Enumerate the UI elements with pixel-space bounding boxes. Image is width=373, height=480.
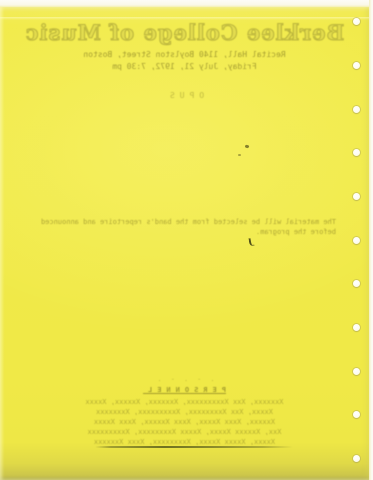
ink-speck bbox=[238, 154, 241, 156]
note-line-1: The material will be selected from the b… bbox=[28, 217, 336, 227]
handwritten-ink-mark bbox=[248, 238, 254, 247]
program-note: The material will be selected from the b… bbox=[28, 217, 336, 237]
personnel-lines: Xxxxxxx, Xxx Xxxxxxxxxx, Xxxxxxx, Xxxxxx… bbox=[0, 397, 369, 447]
bleed-through-layer: Berklee College of Music Recital Hall, 1… bbox=[0, 7, 369, 480]
punch-hole bbox=[353, 106, 360, 113]
punch-hole bbox=[353, 324, 360, 331]
personnel-line: Xxxxx, Xxx Xxxxxxxxx, Xxxxxxxxxx, Xxxxxx… bbox=[0, 407, 369, 417]
punch-hole bbox=[353, 411, 360, 418]
punch-hole bbox=[353, 368, 360, 375]
address-line: Recital Hall, 1140 Boylston Street, Bost… bbox=[0, 50, 369, 59]
scan-top-margin bbox=[0, 0, 373, 7]
separator-dots: . - . - . bbox=[0, 376, 369, 384]
program-word: OPUS bbox=[0, 91, 369, 100]
punch-hole bbox=[353, 149, 360, 156]
personnel-heading: PERSONNEL bbox=[0, 384, 369, 397]
punch-hole bbox=[353, 62, 360, 69]
punch-hole bbox=[353, 237, 360, 244]
dark-scan-streak bbox=[95, 446, 293, 448]
yellow-paper-page: Berklee College of Music Recital Hall, 1… bbox=[0, 7, 369, 480]
masthead-title: Berklee College of Music bbox=[0, 20, 369, 45]
personnel-line: Xxxxxx, Xxxx Xxxxx, Xxxx Xxxxxx, Xxxx Xx… bbox=[0, 417, 369, 427]
personnel-block: . - . - . PERSONNEL Xxxxxxx, Xxx Xxxxxxx… bbox=[0, 376, 369, 447]
punch-hole bbox=[353, 193, 360, 200]
punch-hole bbox=[353, 455, 360, 462]
note-line-2: before the program. bbox=[28, 227, 336, 237]
personnel-line: Xxx, Xxxxxx Xxxxx, Xxxxx Xxxxxxxxx, Xxxx… bbox=[0, 427, 369, 437]
scanned-program-page: { "page": { "paper_color": "#f1ea49", "p… bbox=[0, 0, 373, 480]
punch-hole bbox=[353, 18, 360, 25]
scan-right-margin bbox=[369, 0, 373, 480]
personnel-line: Xxxxxxx, Xxx Xxxxxxxxxx, Xxxxxxx, Xxxxxx… bbox=[0, 397, 369, 407]
punch-hole bbox=[353, 280, 360, 287]
date-line: Friday, July 21, 1972, 7:30 pm bbox=[0, 62, 369, 71]
